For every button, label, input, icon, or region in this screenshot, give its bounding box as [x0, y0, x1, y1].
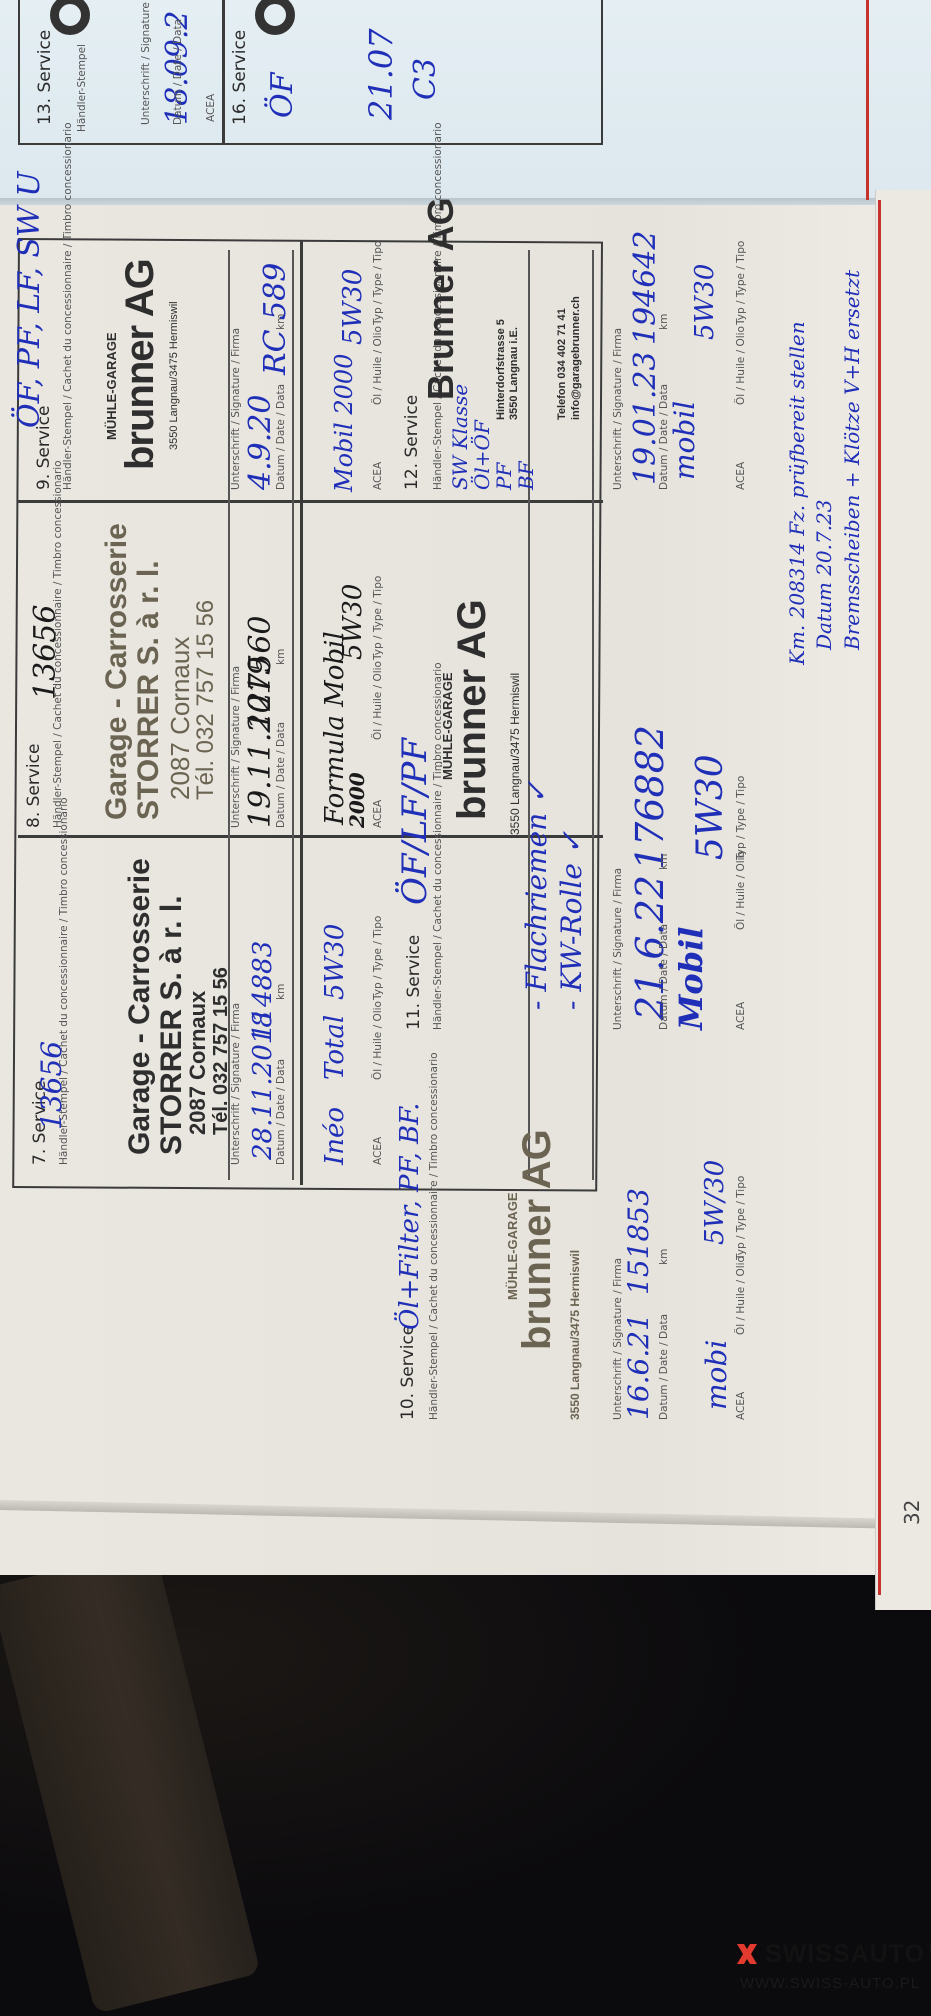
service-7-stamp-line: Garage - Carrosserie: [123, 858, 157, 1155]
service-7-type: 5W30: [320, 924, 350, 1000]
oil-label: Öl / Huile / Olio: [735, 851, 747, 930]
date-label: Datum / Date / Data: [658, 1314, 670, 1420]
date-label: Datum / Date / Data: [275, 384, 287, 490]
oil-label: Öl / Huile / Olio: [372, 1001, 384, 1080]
service-11-note: - Flachriemen ✓: [520, 780, 553, 1010]
service-12-stamp-phone: Telefon 034 402 71 41: [556, 308, 568, 420]
km-label: km: [658, 854, 670, 870]
km-label: km: [658, 314, 670, 330]
service-7-acea: Inéo: [320, 1107, 350, 1165]
service-11-type: 5W30: [690, 754, 731, 860]
service-10-stamp-address: 3550 Langnau/3475 Hermiswil: [568, 1250, 582, 1420]
service-10-title: 10. Service: [398, 1325, 418, 1420]
service-11-title: 11. Service: [404, 935, 424, 1030]
service-12-stamp-email: info@garagebrunner.ch: [570, 296, 582, 420]
oil-label: Öl / Huile / Olio: [372, 661, 384, 740]
service-7-notes: 13656: [35, 1041, 68, 1130]
oil-label: Öl / Huile / Olio: [735, 1256, 747, 1335]
signature-label: Unterschrift / Signature / Firma: [612, 328, 624, 490]
row-divider: [18, 500, 603, 503]
service-16-acea: C3: [408, 58, 443, 100]
dealer-stamp-label: Händler-Stempel: [76, 44, 88, 132]
watermark-url: WWW.SWISS-AUTO.PL: [740, 1975, 920, 1992]
acea-label: ACEA: [372, 462, 384, 490]
signature-label: Unterschrift / Signature / Firma: [140, 0, 152, 125]
date-label: Datum / Date / Data: [275, 1059, 287, 1165]
signature-label: Unterschrift / Signature / Firma: [230, 328, 242, 490]
service-16-notes: ÖF: [265, 73, 300, 118]
oil-label: Öl / Huile / Olio: [372, 326, 384, 405]
date-label: Datum / Date / Data: [275, 722, 287, 828]
service-11-note: - KW-Rolle ✓: [555, 831, 588, 1010]
service-8-stamp-line: Tél. 032 757 15 56: [192, 600, 220, 800]
service-8-acea: 2000: [345, 772, 369, 828]
type-label: Typ / Type / Tipo: [372, 241, 384, 325]
km-label: km: [275, 984, 287, 1000]
service-8-stamp-line: STORRER S. à r. l.: [132, 560, 166, 820]
page-number: 32: [900, 1500, 924, 1525]
acea-label: ACEA: [205, 94, 217, 122]
margin-note-line: Datum 20.7.23: [812, 499, 836, 650]
field-line: [528, 250, 530, 1180]
service-11-km: 176882: [628, 725, 672, 870]
service-9-stamp-brand: brunner AG: [118, 259, 163, 470]
booklet-fore-edge: [875, 190, 931, 1610]
service-10-type: 5W/30: [700, 1160, 730, 1245]
service-10-date: 16.6.21: [622, 1313, 655, 1420]
service-9-acea: Mobil 2000: [330, 354, 358, 492]
service-10-km: 151853: [622, 1188, 655, 1295]
service-12-note: BF: [514, 461, 538, 490]
red-margin-line: [866, 0, 869, 200]
acea-label: ACEA: [735, 1392, 747, 1420]
red-margin-line: [878, 200, 881, 1595]
service-9-km: RC 589: [258, 263, 293, 375]
service-12-acea: mobil: [668, 401, 701, 480]
signature-label: Unterschrift / Signature / Firma: [230, 1003, 242, 1165]
service-8-title: 8. Service: [24, 744, 44, 828]
km-label: km: [275, 649, 287, 665]
service-9-date: 4.9.20: [243, 395, 278, 490]
type-label: Typ / Type / Tipo: [372, 576, 384, 660]
service-9-stamp-address: 3550 Langnau/3475 Hermiswil: [168, 301, 180, 450]
service-9-stamp-line: MÜHLE-GARAGE: [104, 332, 119, 440]
column-divider: [300, 240, 303, 1185]
service-10-acea: mobi: [700, 1340, 733, 1410]
watermark-brand: SWISSAUTO™: [765, 1940, 931, 1969]
dealer-stamp-label: Händler-Stempel / Cachet du concessionna…: [62, 122, 74, 490]
acea-label: ACEA: [735, 1002, 747, 1030]
margin-note-line: Bremsscheiben + Klötze V+H ersetzt: [840, 270, 864, 650]
service-9-type: 5W30: [338, 269, 368, 345]
service-7-oil: Total: [320, 1015, 350, 1080]
service-12-stamp-address: Hinterdorfstrasse 5: [495, 319, 507, 420]
service-16-title: 16. Service: [230, 30, 250, 125]
previous-service-grid: [18, 0, 603, 145]
type-label: Typ / Type / Tipo: [735, 241, 747, 325]
field-line: [592, 250, 594, 1180]
service-16-date: 21.07: [362, 28, 400, 120]
service-10-stamp-brand: brunner AG: [515, 1129, 560, 1350]
service-11-stamp-brand: brunner AG: [450, 599, 495, 820]
service-7-stamp-line: STORRER S. à r. l.: [155, 895, 189, 1155]
service-8-type: 5W30: [338, 584, 368, 660]
service-13-title: 13. Service: [35, 30, 55, 125]
date-label: Datum / Date / Data: [172, 19, 184, 125]
service-12-title: 12. Service: [402, 395, 422, 490]
oil-label: Öl / Huile / Olio: [735, 326, 747, 405]
date-label: Datum / Date / Data: [658, 924, 670, 1030]
acea-label: ACEA: [372, 800, 384, 828]
dealer-stamp-label: Händler-Stempel / Cachet du concessionna…: [428, 1052, 440, 1420]
km-label: km: [658, 1249, 670, 1265]
margin-note-line: Km. 208314 Fz. prüfbereit stellen: [785, 321, 809, 665]
service-12-note: Öl+ÖF: [470, 420, 494, 490]
service-7-km: 114883: [248, 941, 278, 1040]
service-8-km: 127560: [243, 615, 278, 730]
service-8-notes: 13656: [28, 605, 63, 700]
service-12-stamp-city: 3550 Langnau i.E.: [508, 327, 520, 420]
service-9-notes: ÖF, PF, LF, SW U: [12, 171, 47, 428]
service-12-note: PF: [492, 463, 516, 490]
service-8-stamp-line: Garage - Carrosserie: [100, 523, 134, 820]
row-divider: [18, 835, 603, 838]
service-12-type: 5W30: [690, 264, 720, 340]
type-label: Typ / Type / Tipo: [735, 1176, 747, 1260]
service-11-acea: Mobil: [672, 927, 710, 1030]
field-line: [292, 250, 294, 1180]
signature-label: Unterschrift / Signature / Firma: [612, 868, 624, 1030]
service-11-notes: ÖF/LF/PF: [395, 738, 435, 905]
service-7-stamp-line: 2087 Cornaux: [185, 991, 211, 1135]
type-label: Typ / Type / Tipo: [735, 776, 747, 860]
service-10-notes: Öl+Filter, PF, BF.: [395, 1103, 425, 1330]
type-label: Typ / Type / Tipo: [372, 916, 384, 1000]
acea-label: ACEA: [735, 462, 747, 490]
acea-label: ACEA: [372, 1137, 384, 1165]
signature-label: Unterschrift / Signature / Firma: [230, 666, 242, 828]
swissauto-cross-icon: [735, 1942, 759, 1966]
service-12-stamp-brand: Brunner AG: [420, 197, 462, 400]
divider: [222, 0, 225, 145]
